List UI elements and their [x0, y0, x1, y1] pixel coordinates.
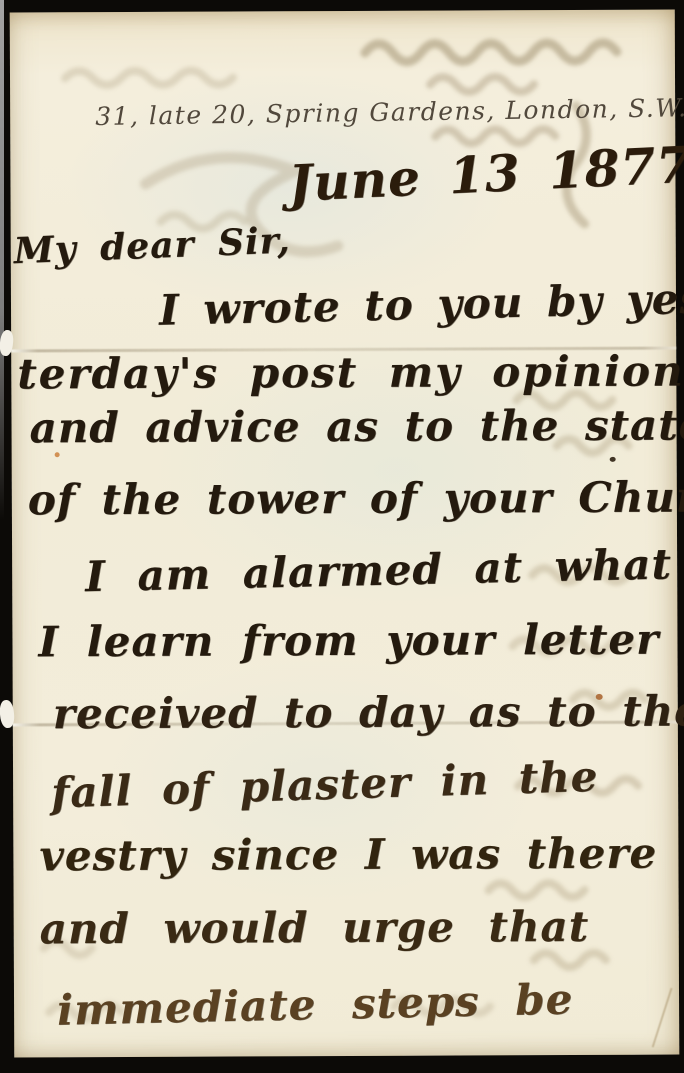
- rust-speck: [55, 452, 60, 457]
- letter-line: immediate steps be: [57, 978, 574, 1033]
- letter-paper: 31, late 20, Spring Gardens, London, S.W…: [10, 10, 680, 1058]
- letter-line: fall of plaster in the: [51, 755, 599, 815]
- letter-line: I wrote to you by yes-: [159, 276, 684, 332]
- letterhead: 31, late 20, Spring Gardens, London, S.W…: [95, 94, 657, 131]
- letter-line: I am alarmed at what: [85, 542, 673, 598]
- date-line: June 13 1877: [287, 139, 684, 210]
- letter-line: and would urge that: [40, 905, 590, 951]
- letter-line: vestry since I was there: [39, 832, 657, 878]
- scanner-edge-strip: [0, 0, 4, 520]
- ink-dot: [610, 457, 616, 462]
- letter-line: received to day as to the: [53, 689, 684, 736]
- letter-line: terday's post my opinion: [17, 350, 684, 397]
- letter-line: I learn from your letter: [38, 618, 659, 664]
- letter-line: and advice as to the state: [29, 403, 684, 450]
- salutation: My dear Sir,: [13, 222, 291, 270]
- letter-line: of the tower of your Church.: [28, 475, 684, 522]
- letter-scan: 31, late 20, Spring Gardens, London, S.W…: [0, 0, 684, 1073]
- corner-crease: [652, 988, 673, 1048]
